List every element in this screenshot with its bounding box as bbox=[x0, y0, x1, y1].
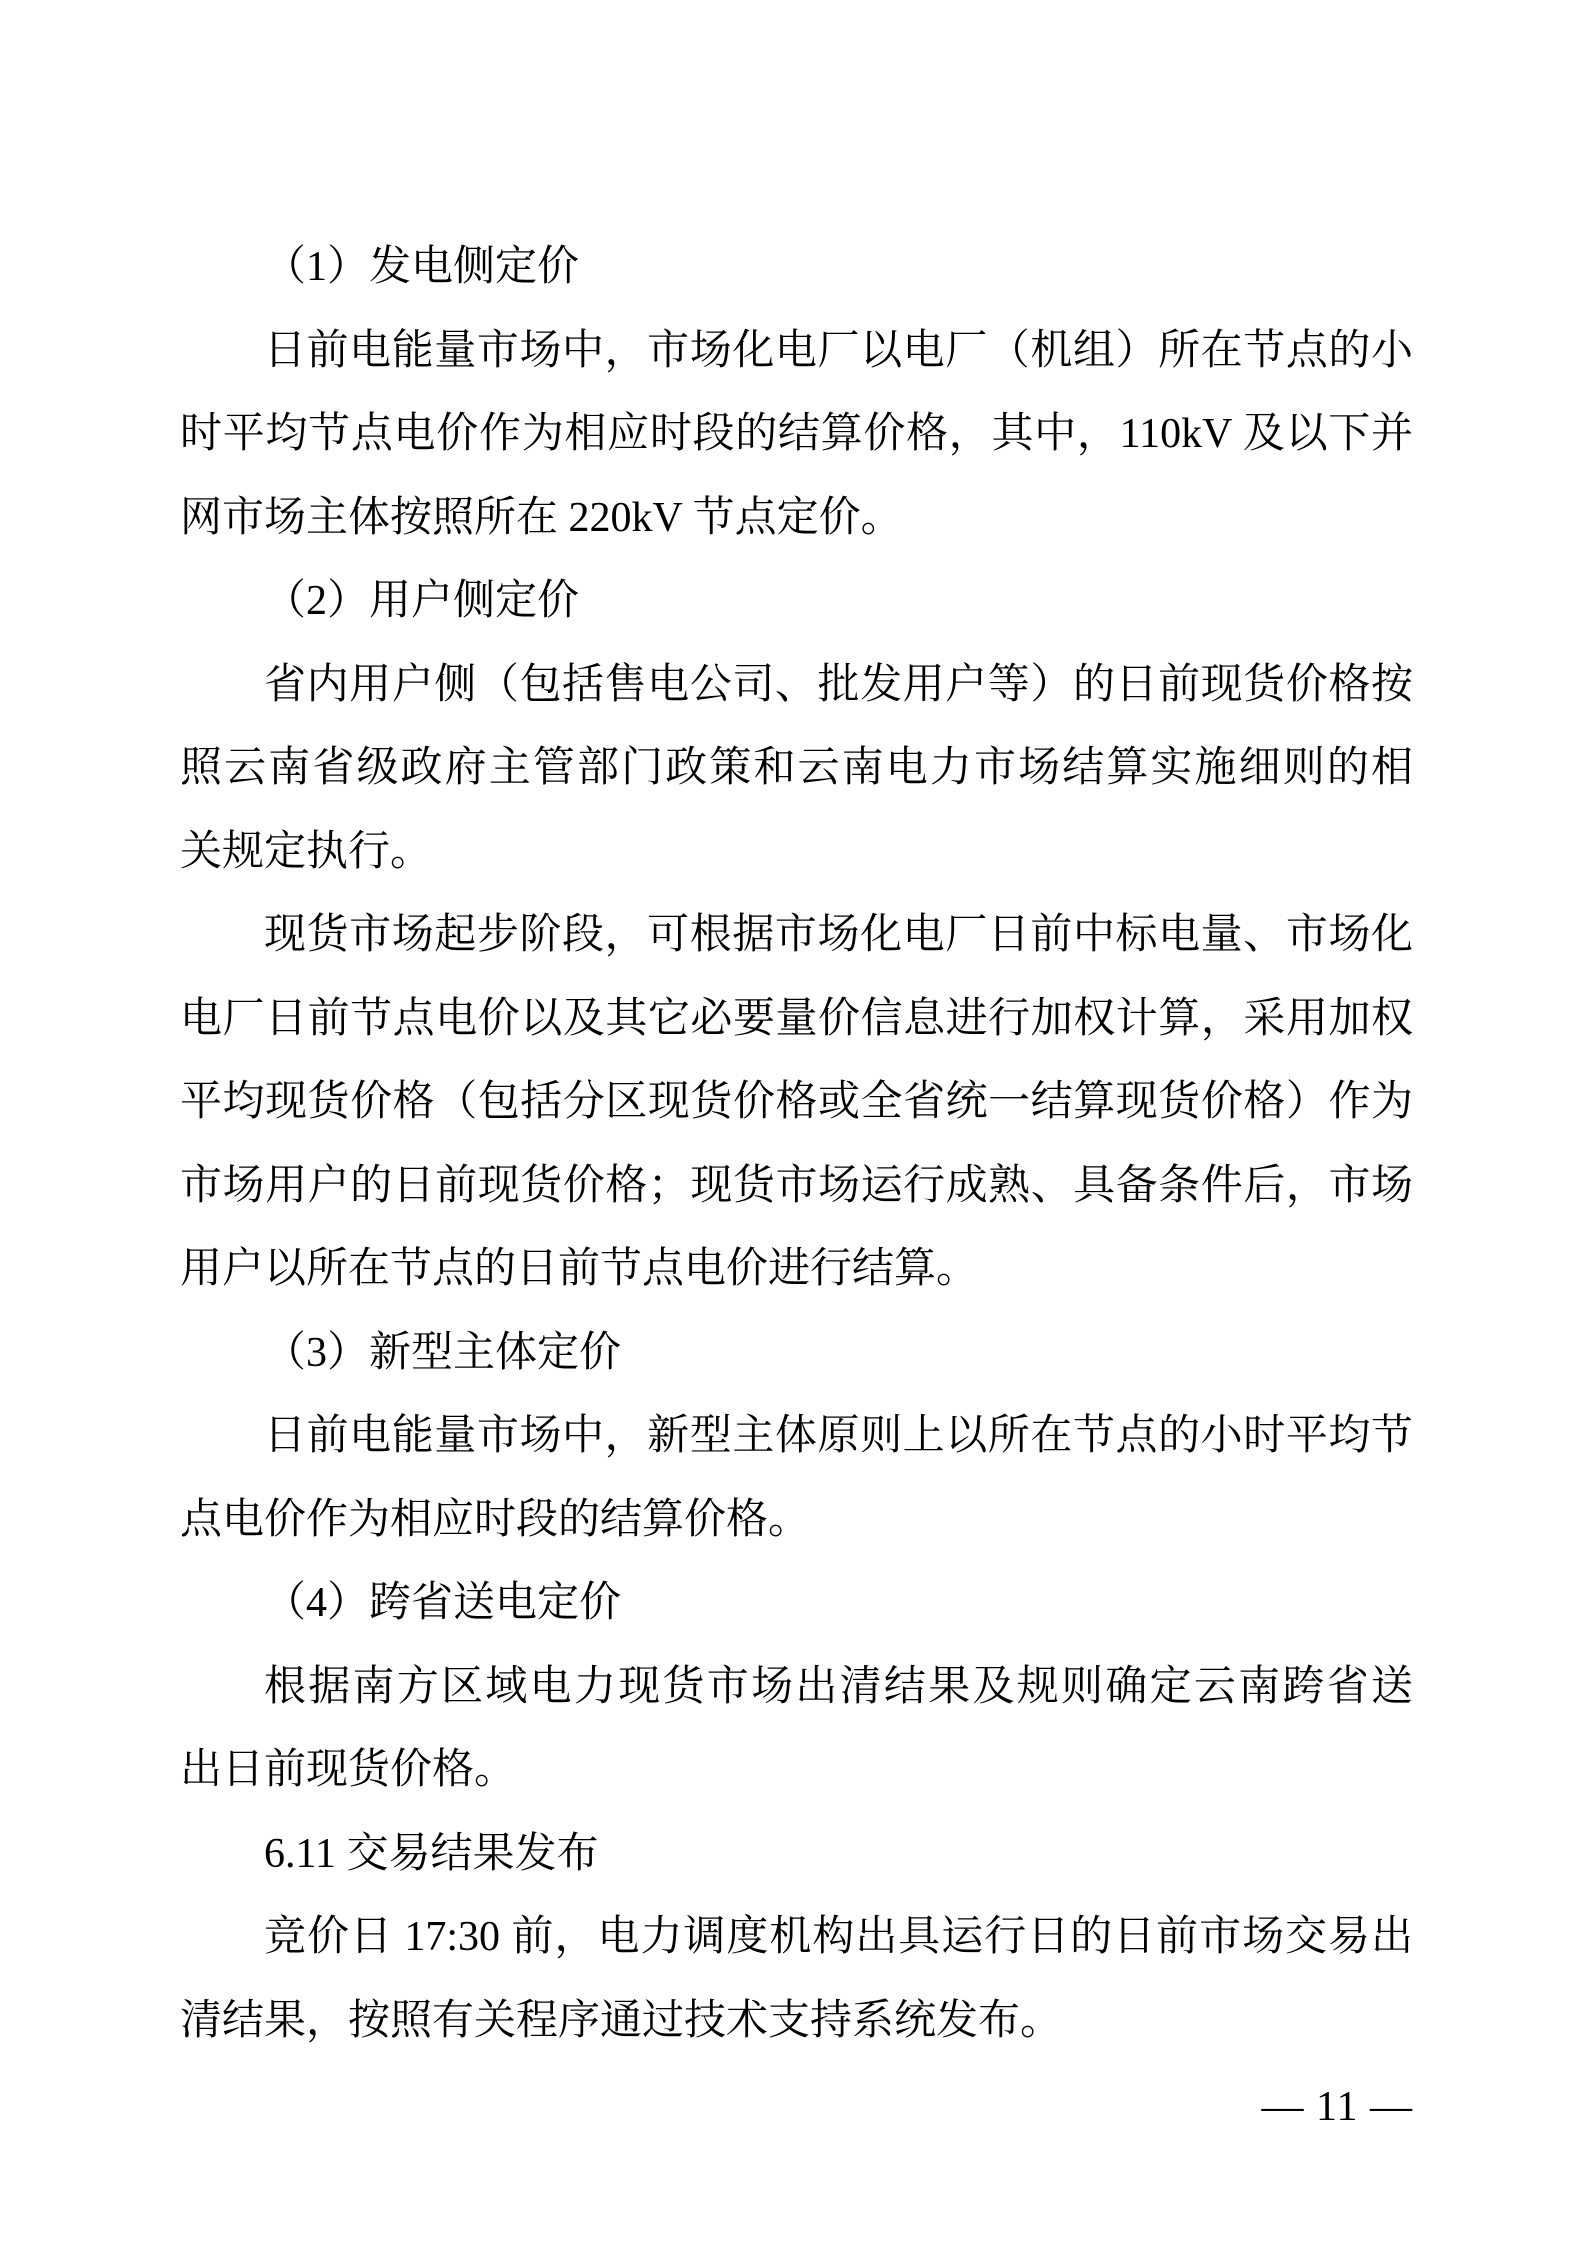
text-line: 日前电能量市场中，市场化电厂以电厂（机组）所在节点的小 bbox=[180, 310, 1413, 394]
paragraph: （4）跨省送电定价 bbox=[180, 1562, 1413, 1646]
text-line: 竞价日 17:30 前，电力调度机构出具运行日的日前市场交易出 bbox=[180, 1896, 1413, 1980]
text-line: 电厂日前节点电价以及其它必要量价信息进行加权计算，采用加权 bbox=[180, 978, 1413, 1062]
text-line: （1）发电侧定价 bbox=[180, 226, 1413, 310]
paragraph: （2）用户侧定价 bbox=[180, 560, 1413, 644]
document-body: （1）发电侧定价日前电能量市场中，市场化电厂以电厂（机组）所在节点的小时平均节点… bbox=[180, 226, 1413, 2063]
paragraph: （1）发电侧定价 bbox=[180, 226, 1413, 310]
text-line: 清结果，按照有关程序通过技术支持系统发布。 bbox=[180, 1980, 1413, 2064]
text-line: 用户以所在节点的日前节点电价进行结算。 bbox=[180, 1228, 1413, 1312]
paragraph: 根据南方区域电力现货市场出清结果及规则确定云南跨省送出日前现货价格。 bbox=[180, 1646, 1413, 1813]
text-line: 出日前现货价格。 bbox=[180, 1729, 1413, 1813]
text-line: 6.11 交易结果发布 bbox=[180, 1813, 1413, 1897]
paragraph: 竞价日 17:30 前，电力调度机构出具运行日的日前市场交易出清结果，按照有关程… bbox=[180, 1896, 1413, 2063]
text-line: （4）跨省送电定价 bbox=[180, 1562, 1413, 1646]
text-line: 市场用户的日前现货价格；现货市场运行成熟、具备条件后，市场 bbox=[180, 1145, 1413, 1229]
text-line: 根据南方区域电力现货市场出清结果及规则确定云南跨省送 bbox=[180, 1646, 1413, 1730]
text-line: 日前电能量市场中，新型主体原则上以所在节点的小时平均节 bbox=[180, 1395, 1413, 1479]
text-line: 关规定执行。 bbox=[180, 811, 1413, 895]
text-line: 现货市场起步阶段，可根据市场化电厂日前中标电量、市场化 bbox=[180, 894, 1413, 978]
paragraph: 日前电能量市场中，新型主体原则上以所在节点的小时平均节点电价作为相应时段的结算价… bbox=[180, 1395, 1413, 1562]
text-line: 点电价作为相应时段的结算价格。 bbox=[180, 1479, 1413, 1563]
paragraph: 现货市场起步阶段，可根据市场化电厂日前中标电量、市场化电厂日前节点电价以及其它必… bbox=[180, 894, 1413, 1312]
text-line: （2）用户侧定价 bbox=[180, 560, 1413, 644]
paragraph: 省内用户侧（包括售电公司、批发用户等）的日前现货价格按照云南省级政府主管部门政策… bbox=[180, 644, 1413, 895]
paragraph: （3）新型主体定价 bbox=[180, 1312, 1413, 1396]
text-line: 时平均节点电价作为相应时段的结算价格，其中，110kV 及以下并 bbox=[180, 393, 1413, 477]
page-number: — 11 — bbox=[1262, 2085, 1413, 2129]
paragraph: 6.11 交易结果发布 bbox=[180, 1813, 1413, 1897]
text-line: 省内用户侧（包括售电公司、批发用户等）的日前现货价格按 bbox=[180, 644, 1413, 728]
document-page: （1）发电侧定价日前电能量市场中，市场化电厂以电厂（机组）所在节点的小时平均节点… bbox=[0, 0, 1587, 2245]
text-line: （3）新型主体定价 bbox=[180, 1312, 1413, 1396]
text-line: 平均现货价格（包括分区现货价格或全省统一结算现货价格）作为 bbox=[180, 1061, 1413, 1145]
paragraph: 日前电能量市场中，市场化电厂以电厂（机组）所在节点的小时平均节点电价作为相应时段… bbox=[180, 310, 1413, 561]
text-line: 照云南省级政府主管部门政策和云南电力市场结算实施细则的相 bbox=[180, 727, 1413, 811]
text-line: 网市场主体按照所在 220kV 节点定价。 bbox=[180, 477, 1413, 561]
